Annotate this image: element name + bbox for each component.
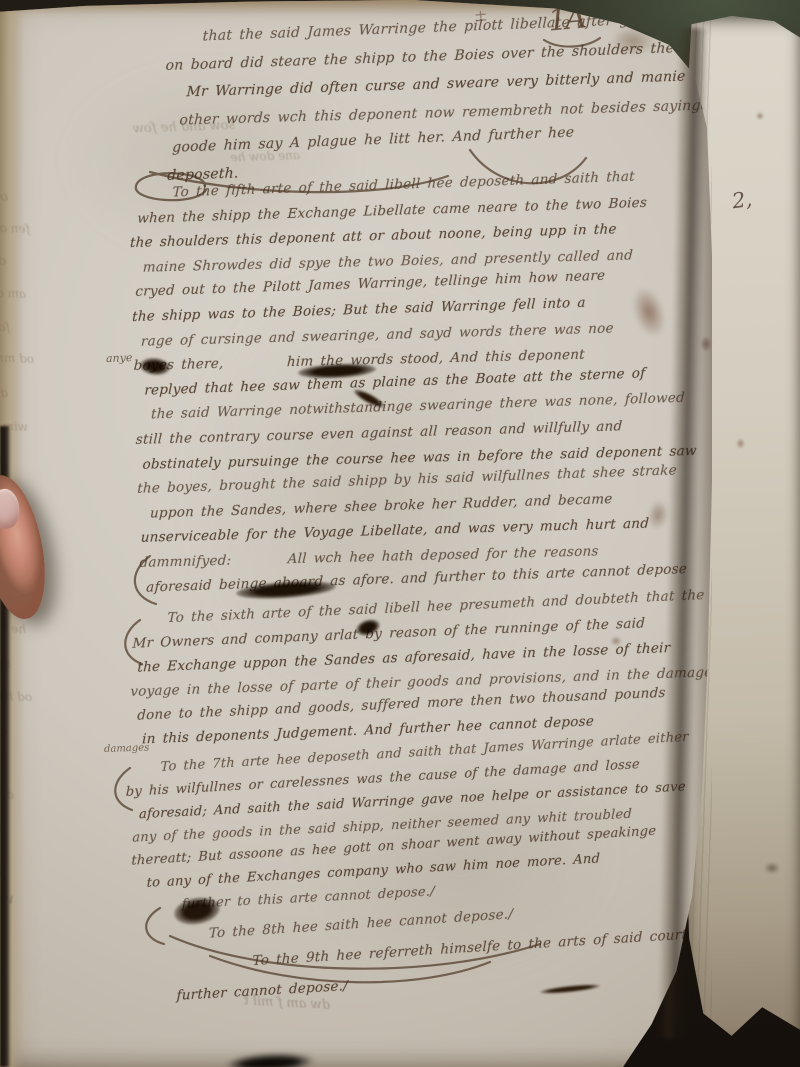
rust-stain bbox=[736, 438, 745, 449]
damp-stain bbox=[180, 260, 560, 720]
rust-stain bbox=[756, 112, 764, 120]
rust-stain bbox=[646, 498, 671, 531]
rust-stain bbox=[627, 283, 672, 342]
rust-stain bbox=[610, 636, 622, 646]
rust-stain bbox=[610, 26, 656, 56]
ink-blot bbox=[172, 894, 222, 928]
ink-blot bbox=[139, 356, 171, 376]
shadow-notch bbox=[225, 1052, 316, 1067]
damp-stain bbox=[300, 740, 620, 980]
damp-stain bbox=[60, 60, 360, 260]
rust-stain bbox=[764, 862, 780, 874]
ink-blot bbox=[540, 983, 600, 995]
photo-of-manuscript: { "page_marks": { "folio_mark": "1A", "s… bbox=[0, 0, 800, 1067]
